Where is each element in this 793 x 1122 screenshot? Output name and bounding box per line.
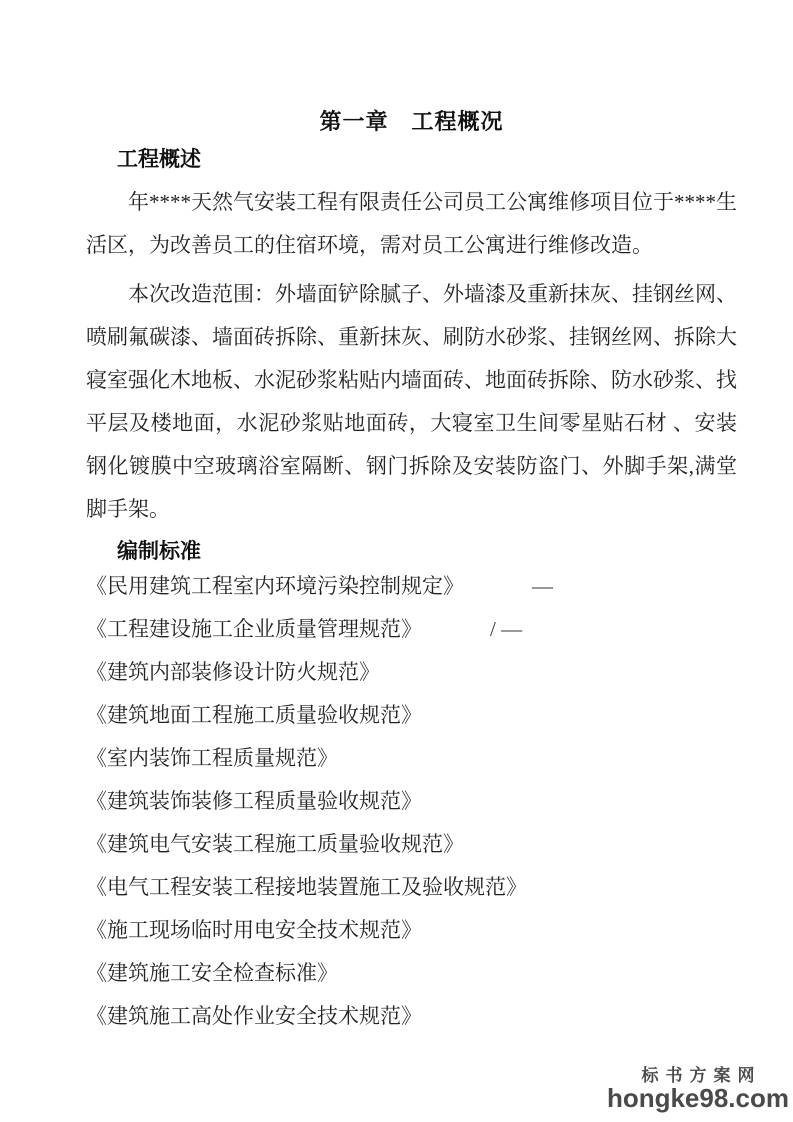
- standard-title: 《工程建设施工企业质量管理规范》: [86, 617, 422, 641]
- standard-item: 《工程建设施工企业质量管理规范》/ —: [86, 608, 737, 651]
- standard-item: 《建筑内部装修设计防火规范》: [86, 651, 737, 694]
- standard-title: 《室内装饰工程质量规范》: [86, 746, 338, 770]
- standard-title: 《电气工程安装工程接地装置施工及验收规范》: [86, 875, 527, 899]
- standard-title: 《建筑装饰装修工程质量验收规范》: [86, 789, 422, 813]
- document-page: 第一章 工程概况 工程概述 年****天然气安装工程有限责任公司员工公寓维修项目…: [0, 0, 793, 1122]
- overview-paragraph-2: 本次改造范围：外墙面铲除腻子、外墙漆及重新抹灰、挂钢丝网、喷刷氟碳漆、墙面砖拆除…: [86, 273, 737, 531]
- standard-item: 《民用建筑工程室内环境污染控制规定》—: [86, 565, 737, 608]
- standard-title: 《建筑施工高处作业安全技术规范》: [86, 1004, 422, 1028]
- standard-item: 《施工现场临时用电安全技术规范》: [86, 909, 737, 952]
- watermark-site-url: hongke98.com: [607, 1085, 789, 1112]
- standard-title: 《民用建筑工程室内环境污染控制规定》: [86, 574, 464, 598]
- section-heading-standards: 编制标准: [117, 537, 737, 567]
- section-heading-overview: 工程概述: [117, 145, 737, 175]
- page-content: 第一章 工程概况 工程概述 年****天然气安装工程有限责任公司员工公寓维修项目…: [86, 105, 737, 1038]
- standard-item: 《电气工程安装工程接地装置施工及验收规范》: [86, 866, 737, 909]
- standard-suffix: —: [532, 574, 553, 598]
- watermark: 标书方案网 hongke98.com: [607, 1066, 789, 1112]
- standard-item: 《建筑地面工程施工质量验收规范》: [86, 694, 737, 737]
- overview-paragraph-1: 年****天然气安装工程有限责任公司员工公寓维修项目位于****生活区，为改善员…: [86, 181, 737, 267]
- standard-title: 《建筑地面工程施工质量验收规范》: [86, 703, 422, 727]
- chapter-title: 第一章 工程概况: [86, 105, 737, 139]
- standard-title: 《施工现场临时用电安全技术规范》: [86, 918, 422, 942]
- standard-item: 《室内装饰工程质量规范》: [86, 737, 737, 780]
- standard-title: 《建筑电气安装工程施工质量验收规范》: [86, 832, 464, 856]
- standard-item: 《建筑施工高处作业安全技术规范》: [86, 995, 737, 1038]
- standard-title: 《建筑内部装修设计防火规范》: [86, 660, 380, 684]
- standard-title: 《建筑施工安全检查标准》: [86, 961, 338, 985]
- standard-item: 《建筑装饰装修工程质量验收规范》: [86, 780, 737, 823]
- standard-suffix: / —: [490, 617, 522, 641]
- standards-list: 《民用建筑工程室内环境污染控制规定》— 《工程建设施工企业质量管理规范》/ — …: [86, 565, 737, 1038]
- standard-item: 《建筑电气安装工程施工质量验收规范》: [86, 823, 737, 866]
- standard-item: 《建筑施工安全检查标准》: [86, 952, 737, 995]
